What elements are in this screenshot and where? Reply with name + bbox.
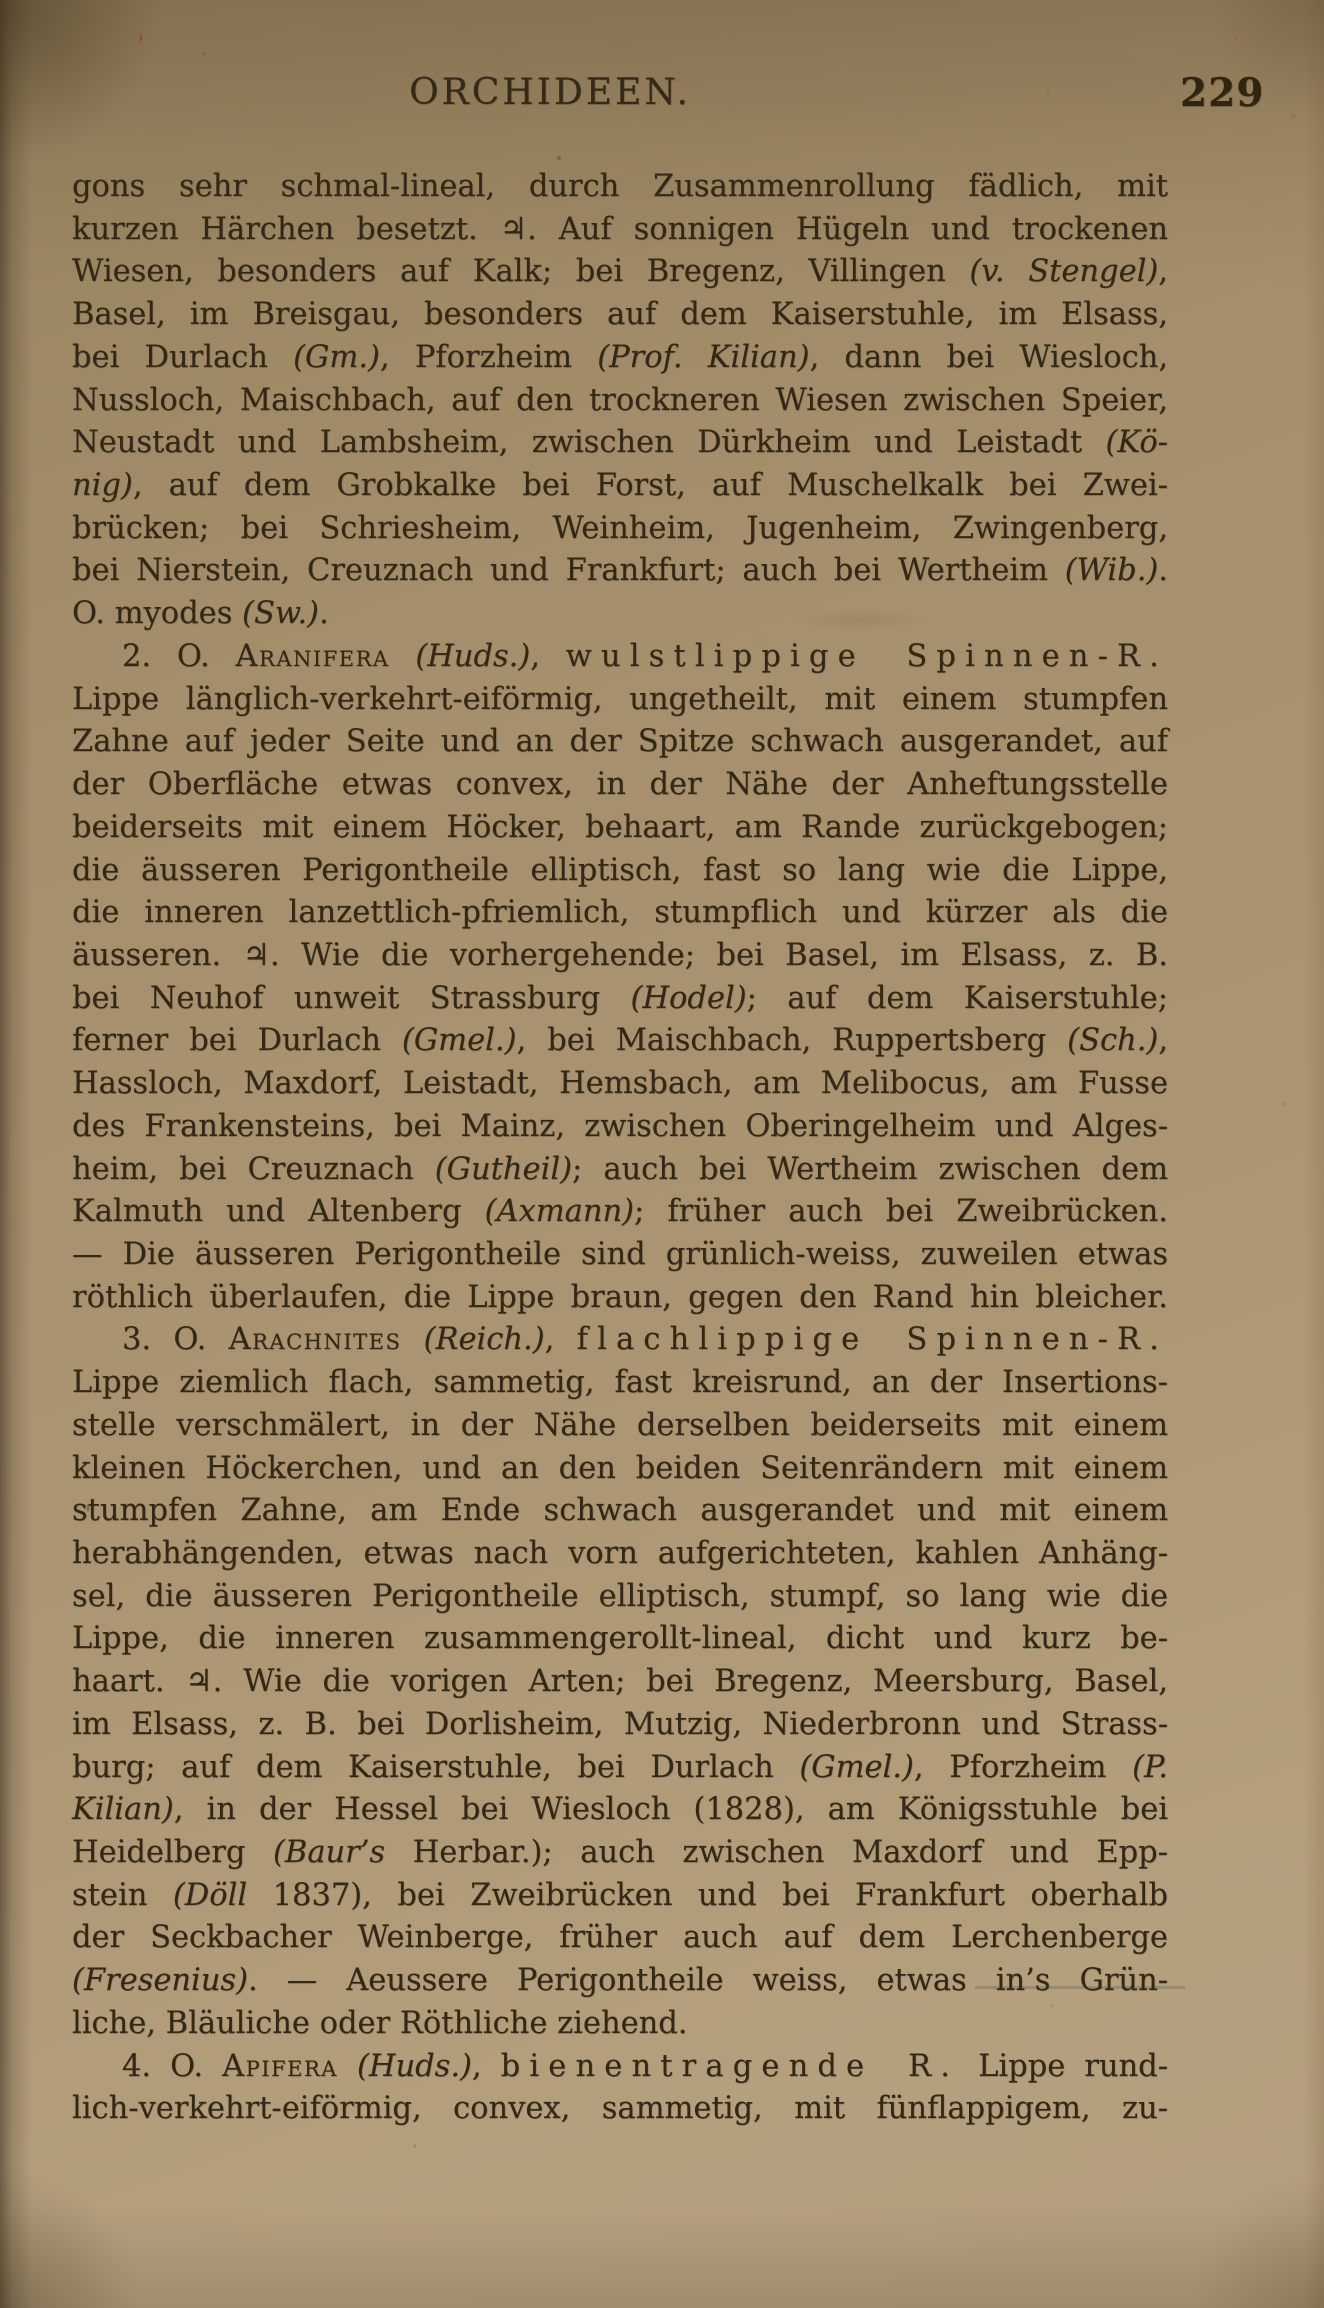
- text-segment: ferner bei Durlach: [72, 1023, 402, 1058]
- text-segment: (Prof. Kilian): [597, 340, 809, 375]
- text-segment: kleinen Höckerchen, und an den beiden Se…: [72, 1451, 1168, 1486]
- text-segment: die inneren lanzettlich-pfriemlich, stum…: [72, 895, 1168, 930]
- text-segment: (Gmel.): [799, 1750, 914, 1785]
- text-segment: des Frankensteins, bei Mainz, zwischen O…: [72, 1109, 1168, 1144]
- text-line: röthlich überlaufen, die Lippe braun, ge…: [72, 1277, 1168, 1320]
- text-segment: lich-verkehrt-eiförmig, convex, sammetig…: [72, 2091, 1168, 2126]
- text-line: Lippe ziemlich flach, sammetig, fast kre…: [72, 1362, 1168, 1405]
- text-segment: . — Aeussere Perigontheile weiss, etwas …: [248, 1963, 1168, 1998]
- page-header: ORCHIDEEN. 229: [0, 72, 1324, 132]
- text-line: 3. O. Arachnites (Reich.), flachlippige …: [72, 1319, 1168, 1362]
- text-line: Wiesen, besonders auf Kalk; bei Bregenz,…: [72, 251, 1168, 294]
- page-number: 229: [1180, 70, 1260, 116]
- text-segment: burg; auf dem Kaiserstuhle, bei Durlach: [72, 1750, 799, 1785]
- text-line: stumpfen Zahne, am Ende schwach ausgeran…: [72, 1490, 1168, 1533]
- text-segment: ; auf dem Kaiserstuhle;: [747, 981, 1168, 1016]
- text-segment: sel, die äusseren Perigontheile elliptis…: [72, 1579, 1168, 1614]
- text-segment: äusseren. ♃. Wie die vorhergehende; bei …: [72, 938, 1168, 973]
- text-segment: (Huds.): [415, 639, 530, 674]
- text-line: lich-verkehrt-eiförmig, convex, sammetig…: [72, 2088, 1168, 2131]
- text-line: Kalmuth und Altenberg (Axmann); früher a…: [72, 1191, 1168, 1234]
- text-line: burg; auf dem Kaiserstuhle, bei Durlach …: [72, 1747, 1168, 1790]
- text-segment: (Gmel.): [402, 1023, 517, 1058]
- text-line: (Fresenius). — Aeussere Perigontheile we…: [72, 1960, 1168, 2003]
- text-line: bei Nierstein, Creuznach und Frankfurt; …: [72, 550, 1168, 593]
- text-segment: ; auch bei Wertheim zwischen dem: [572, 1152, 1168, 1187]
- text-line: haart. ♃. Wie die vorigen Arten; bei Bre…: [72, 1661, 1168, 1704]
- text-segment: heim, bei Creuznach: [72, 1152, 435, 1187]
- text-segment: , in der Hessel bei Wiesloch (1828), am …: [174, 1792, 1168, 1827]
- text-line: die inneren lanzettlich-pfriemlich, stum…: [72, 892, 1168, 935]
- text-segment: (Hodel): [631, 981, 747, 1016]
- text-segment: röthlich überlaufen, die Lippe braun, ge…: [72, 1280, 1168, 1315]
- text-segment: Kalmuth und Altenberg: [72, 1194, 485, 1229]
- text-segment: (Sw.): [242, 596, 319, 631]
- text-line: — Die äusseren Perigontheile sind grünli…: [72, 1234, 1168, 1277]
- text-segment: (Gutheil): [435, 1152, 572, 1187]
- text-segment: bei Durlach: [72, 340, 293, 375]
- text-segment: (Axmann): [485, 1194, 634, 1229]
- text-segment: Lippe, die inneren zusammengerollt-linea…: [72, 1621, 1168, 1656]
- text-segment: ; früher auch bei Zweibrücken.: [634, 1194, 1168, 1229]
- text-segment: Aranifera: [236, 639, 390, 674]
- text-line: stein (Döll 1837), bei Zweibrücken und b…: [72, 1875, 1168, 1918]
- text-segment: , Pforzheim: [380, 340, 597, 375]
- text-segment: (Huds.): [357, 2049, 472, 2084]
- text-line: nig), auf dem Grobkalke bei Forst, auf M…: [72, 465, 1168, 508]
- text-line: Kilian), in der Hessel bei Wiesloch (182…: [72, 1789, 1168, 1832]
- text-segment: 1837), bei Zweibrücken und bei Frankfurt…: [247, 1878, 1168, 1913]
- text-line: bei Neuhof unweit Strassburg (Hodel); au…: [72, 978, 1168, 1021]
- text-segment: 4. O.: [122, 2049, 222, 2084]
- text-segment: (v. Stengel): [969, 254, 1158, 289]
- text-line: Neustadt und Lambsheim, zwischen Dürkhei…: [72, 422, 1168, 465]
- text-line: der Seckbacher Weinberge, früher auch au…: [72, 1917, 1168, 1960]
- text-line: heim, bei Creuznach (Gutheil); auch bei …: [72, 1149, 1168, 1192]
- text-line: ferner bei Durlach (Gmel.), bei Maischba…: [72, 1020, 1168, 1063]
- text-segment: , auf dem Grobkalke bei Forst, auf Musch…: [133, 468, 1168, 503]
- text-segment: Apifera: [222, 2049, 338, 2084]
- text-segment: Basel, im Breisgau, besonders auf dem Ka…: [72, 297, 1168, 332]
- text-segment: , bei Maischbach, Ruppertsberg: [517, 1023, 1068, 1058]
- text-segment: 2. O.: [122, 639, 236, 674]
- text-line: der Oberfläche etwas convex, in der Nähe…: [72, 764, 1168, 807]
- text-line: liche, Bläuliche oder Röthliche ziehend.: [72, 2003, 1168, 2046]
- text-segment: ,: [530, 639, 565, 674]
- text-segment: Nussloch, Maischbach, auf den trockneren…: [72, 383, 1168, 418]
- text-line: beiderseits mit einem Höcker, behaart, a…: [72, 807, 1168, 850]
- text-segment: [390, 639, 416, 674]
- text-line: Heidelberg (Baur’s Herbar.); auch zwisch…: [72, 1832, 1168, 1875]
- text-segment: Lippe ziemlich flach, sammetig, fast kre…: [72, 1365, 1168, 1400]
- text-segment: [338, 2049, 357, 2084]
- text-segment: flachlippige Spinnen-R.: [577, 1322, 1168, 1357]
- text-line: sel, die äusseren Perigontheile elliptis…: [72, 1576, 1168, 1619]
- text-segment: ,: [1158, 1023, 1168, 1058]
- text-segment: nig): [72, 468, 133, 503]
- text-segment: stumpfen Zahne, am Ende schwach ausgeran…: [72, 1493, 1168, 1528]
- text-line: Zahne auf jeder Seite und an der Spitze …: [72, 721, 1168, 764]
- text-segment: Herbar.); auch zwischen Maxdorf und Epp-: [385, 1835, 1168, 1870]
- text-segment: stelle verschmälert, in der Nähe derselb…: [72, 1408, 1168, 1443]
- text-segment: Lippe rund-: [959, 2049, 1168, 2084]
- text-line: gons sehr schmal-lineal, durch Zusammenr…: [72, 166, 1168, 209]
- text-line: die äusseren Perigontheile elliptisch, f…: [72, 850, 1168, 893]
- text-segment: gons sehr schmal-lineal, durch Zusammenr…: [72, 169, 1168, 204]
- text-line: äusseren. ♃. Wie die vorhergehende; bei …: [72, 935, 1168, 978]
- text-segment: ,: [472, 2049, 501, 2084]
- text-line: kleinen Höckerchen, und an den beiden Se…: [72, 1448, 1168, 1491]
- text-line: 4. O. Apifera (Huds.), bienentragende R.…: [72, 2046, 1168, 2089]
- text-line: herabhängenden, etwas nach vorn aufgeric…: [72, 1533, 1168, 1576]
- text-segment: liche, Bläuliche oder Röthliche ziehend.: [72, 2006, 688, 2041]
- text-line: des Frankensteins, bei Mainz, zwischen O…: [72, 1106, 1168, 1149]
- text-segment: [401, 1322, 423, 1357]
- text-line: im Elsass, z. B. bei Dorlisheim, Mutzig,…: [72, 1704, 1168, 1747]
- text-segment: (Sch.): [1067, 1023, 1158, 1058]
- text-line: Basel, im Breisgau, besonders auf dem Ka…: [72, 294, 1168, 337]
- text-segment: (Gm.): [293, 340, 380, 375]
- text-segment: kurzen Härchen besetzt. ♃. Auf sonnigen …: [72, 212, 1168, 247]
- text-line: brücken; bei Schriesheim, Weinheim, Juge…: [72, 508, 1168, 551]
- text-segment: ,: [1158, 254, 1168, 289]
- text-segment: , Pforzheim: [914, 1750, 1132, 1785]
- text-segment: bei Nierstein, Creuznach und Frankfurt; …: [72, 553, 1065, 588]
- book-page-scan: ORCHIDEEN. 229 gons sehr schmal-lineal, …: [0, 0, 1324, 2308]
- text-segment: Hassloch, Maxdorf, Leistadt, Hemsbach, a…: [72, 1066, 1168, 1101]
- text-segment: (Reich.): [424, 1322, 545, 1357]
- text-segment: bei Neuhof unweit Strassburg: [72, 981, 631, 1016]
- text-segment: Heidelberg: [72, 1835, 273, 1870]
- text-segment: stein: [72, 1878, 173, 1913]
- text-segment: (Döll: [173, 1878, 247, 1913]
- page-body: gons sehr schmal-lineal, durch Zusammenr…: [72, 166, 1168, 2131]
- text-segment: — Die äusseren Perigontheile sind grünli…: [72, 1237, 1168, 1272]
- text-segment: Zahne auf jeder Seite und an der Spitze …: [72, 724, 1168, 759]
- text-segment: der Seckbacher Weinberge, früher auch au…: [72, 1920, 1168, 1955]
- text-line: Hassloch, Maxdorf, Leistadt, Hemsbach, a…: [72, 1063, 1168, 1106]
- text-segment: ,: [545, 1322, 577, 1357]
- text-segment: Wiesen, besonders auf Kalk; bei Bregenz,…: [72, 254, 969, 289]
- text-segment: (P.: [1132, 1750, 1168, 1785]
- text-line: kurzen Härchen besetzt. ♃. Auf sonnigen …: [72, 209, 1168, 252]
- text-segment: .: [319, 596, 329, 631]
- text-segment: beiderseits mit einem Höcker, behaart, a…: [72, 810, 1168, 845]
- text-segment: .: [1158, 553, 1168, 588]
- text-segment: wulstlippige Spinnen-R.: [566, 639, 1168, 674]
- text-line: 2. O. Aranifera (Huds.), wulstlippige Sp…: [72, 636, 1168, 679]
- text-segment: 3. O.: [122, 1322, 229, 1357]
- text-line: Lippe länglich-verkehrt-eiförmig, ungeth…: [72, 679, 1168, 722]
- text-line: O. myodes (Sw.).: [72, 593, 1168, 636]
- text-segment: (Baur’s: [273, 1835, 385, 1870]
- text-segment: (Fresenius): [72, 1963, 248, 1998]
- text-segment: (Kö-: [1105, 425, 1168, 460]
- text-segment: brücken; bei Schriesheim, Weinheim, Juge…: [72, 511, 1168, 546]
- text-line: stelle verschmälert, in der Nähe derselb…: [72, 1405, 1168, 1448]
- text-segment: (Wib.): [1065, 553, 1159, 588]
- text-line: bei Durlach (Gm.), Pforzheim (Prof. Kili…: [72, 337, 1168, 380]
- text-line: Nussloch, Maischbach, auf den trockneren…: [72, 380, 1168, 423]
- running-title: ORCHIDEEN.: [385, 72, 715, 113]
- text-segment: der Oberfläche etwas convex, in der Nähe…: [72, 767, 1168, 802]
- text-segment: Neustadt und Lambsheim, zwischen Dürkhei…: [72, 425, 1105, 460]
- text-line: Lippe, die inneren zusammengerollt-linea…: [72, 1618, 1168, 1661]
- text-segment: haart. ♃. Wie die vorigen Arten; bei Bre…: [72, 1664, 1168, 1699]
- text-segment: , dann bei Wiesloch,: [810, 340, 1169, 375]
- text-segment: Lippe länglich-verkehrt-eiförmig, ungeth…: [72, 682, 1168, 717]
- text-segment: herabhängenden, etwas nach vorn aufgeric…: [72, 1536, 1168, 1571]
- text-segment: Arachnites: [229, 1322, 402, 1357]
- text-segment: O. myodes: [72, 596, 242, 631]
- text-segment: die äusseren Perigontheile elliptisch, f…: [72, 853, 1168, 888]
- text-segment: Kilian): [72, 1792, 174, 1827]
- text-segment: im Elsass, z. B. bei Dorlisheim, Mutzig,…: [72, 1707, 1168, 1742]
- text-segment: bienentragende R.: [501, 2049, 959, 2084]
